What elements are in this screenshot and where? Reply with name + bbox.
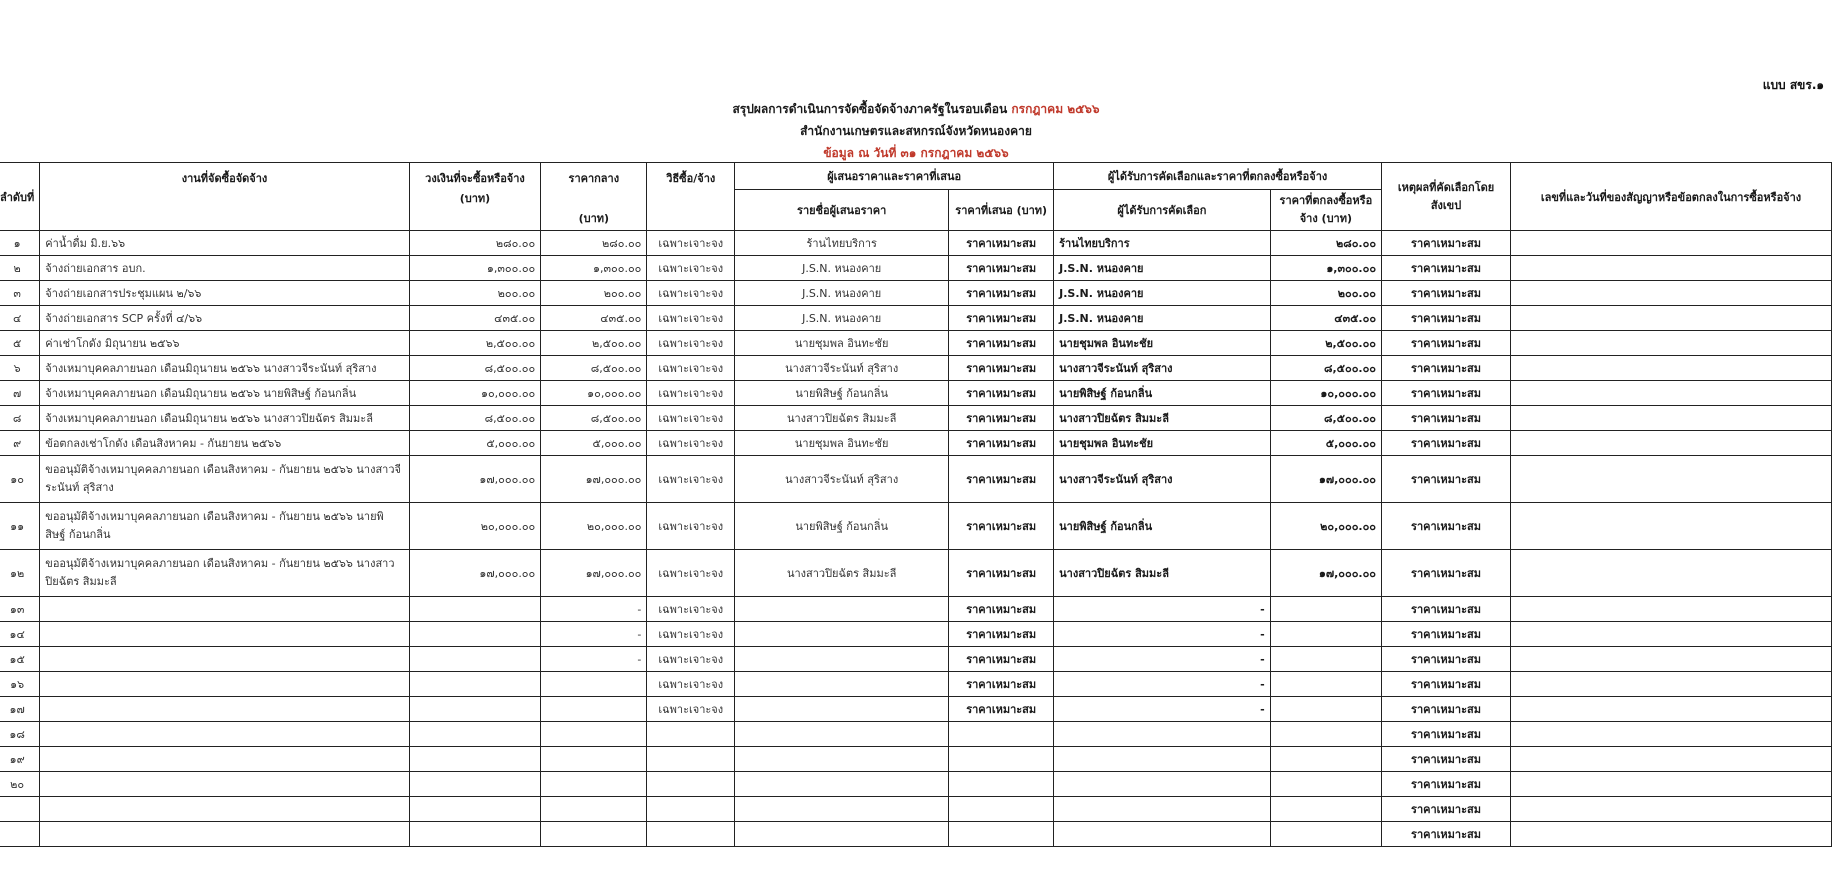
- cell-winner: J.S.N. หนองคาย: [1054, 256, 1271, 281]
- cell-bidder: นายพิสิษฐ์ ก้อนกลิ่น: [735, 381, 949, 406]
- title-line-3: ข้อมูล ณ วันที่ ๓๑ กรกฎาคม ๒๕๖๖: [0, 142, 1832, 164]
- cell-method: เฉพาะเจาะจง: [647, 622, 735, 647]
- cell-budget: ๒๐,๐๐๐.๐๐: [409, 503, 541, 550]
- cell-work: จ้างเหมาบุคคลภายนอก เดือนมิถุนายน ๒๕๖๖ น…: [40, 356, 409, 381]
- cell-no: ๓: [0, 281, 40, 306]
- cell-contract: [1511, 672, 1832, 697]
- cell-bidder: [735, 647, 949, 672]
- cell-winner: นางสาวจีระนันท์ สุริสาง: [1054, 356, 1271, 381]
- cell-bid-price: ราคาเหมาะสม: [949, 406, 1054, 431]
- table-row: ๑๒ขออนุมัติจ้างเหมาบุคคลภายนอก เดือนสิงห…: [0, 550, 1832, 597]
- cell-method: [647, 747, 735, 772]
- cell-work: ขออนุมัติจ้างเหมาบุคคลภายนอก เดือนสิงหาค…: [40, 456, 409, 503]
- cell-contract: [1511, 431, 1832, 456]
- cell-bid-price: [949, 822, 1054, 847]
- cell-median: -: [541, 647, 647, 672]
- table-row: ๑๑ขออนุมัติจ้างเหมาบุคคลภายนอก เดือนสิงห…: [0, 503, 1832, 550]
- cell-winner: นายพิสิษฐ์ ก้อนกลิ่น: [1054, 503, 1271, 550]
- header-bidder-name: รายชื่อผู้เสนอราคา: [735, 190, 949, 231]
- cell-median: ๒๐๐.๐๐: [541, 281, 647, 306]
- cell-method: เฉพาะเจาะจง: [647, 281, 735, 306]
- cell-method: เฉพาะเจาะจง: [647, 331, 735, 356]
- table-row: ๑๕-เฉพาะเจาะจงราคาเหมาะสม-ราคาเหมาะสม: [0, 647, 1832, 672]
- cell-reason: ราคาเหมาะสม: [1382, 597, 1511, 622]
- cell-budget: ๘,๕๐๐.๐๐: [409, 406, 541, 431]
- cell-work: [40, 822, 409, 847]
- cell-agreed: ๑๐,๐๐๐.๐๐: [1270, 381, 1381, 406]
- cell-contract: [1511, 722, 1832, 747]
- header-winner: ผู้ได้รับการคัดเลือก: [1054, 190, 1271, 231]
- cell-no: ๒: [0, 256, 40, 281]
- cell-reason: ราคาเหมาะสม: [1382, 647, 1511, 672]
- cell-work: [40, 697, 409, 722]
- cell-method: [647, 797, 735, 822]
- cell-bid-price: [949, 747, 1054, 772]
- cell-work: จ้างเหมาบุคคลภายนอก เดือนมิถุนายน ๒๕๖๖ น…: [40, 381, 409, 406]
- cell-budget: [409, 772, 541, 797]
- cell-method: เฉพาะเจาะจง: [647, 503, 735, 550]
- cell-median: [541, 772, 647, 797]
- cell-winner: ร้านไทยบริการ: [1054, 231, 1271, 256]
- cell-method: เฉพาะเจาะจง: [647, 431, 735, 456]
- cell-contract: [1511, 550, 1832, 597]
- cell-median: ๒,๕๐๐.๐๐: [541, 331, 647, 356]
- cell-method: เฉพาะเจาะจง: [647, 256, 735, 281]
- cell-median: [541, 747, 647, 772]
- cell-bidder: J.S.N. หนองคาย: [735, 256, 949, 281]
- cell-no: ๘: [0, 406, 40, 431]
- cell-bidder: [735, 722, 949, 747]
- cell-budget: [409, 622, 541, 647]
- cell-no: ๔: [0, 306, 40, 331]
- cell-no: ๑๖: [0, 672, 40, 697]
- header-median: ราคากลาง(บาท): [541, 163, 647, 231]
- table-row: ๒จ้างถ่ายเอกสาร อบก.๑,๓๐๐.๐๐๑,๓๐๐.๐๐เฉพา…: [0, 256, 1832, 281]
- procurement-table: ลำดับที่ งานที่จัดซื้อจัดจ้าง วงเงินที่จ…: [0, 162, 1832, 847]
- cell-winner: -: [1054, 647, 1271, 672]
- title-prefix: สรุปผลการดำเนินการจัดซื้อจัดจ้างภาครัฐใน…: [732, 102, 1011, 116]
- cell-median: [541, 797, 647, 822]
- cell-median: [541, 722, 647, 747]
- cell-no: ๑๓: [0, 597, 40, 622]
- cell-work: [40, 597, 409, 622]
- cell-contract: [1511, 331, 1832, 356]
- cell-median: ๒๘๐.๐๐: [541, 231, 647, 256]
- cell-no: ๙: [0, 431, 40, 456]
- cell-reason: ราคาเหมาะสม: [1382, 722, 1511, 747]
- cell-method: เฉพาะเจาะจง: [647, 647, 735, 672]
- cell-reason: ราคาเหมาะสม: [1382, 381, 1511, 406]
- cell-bid-price: ราคาเหมาะสม: [949, 331, 1054, 356]
- cell-work: ขออนุมัติจ้างเหมาบุคคลภายนอก เดือนสิงหาค…: [40, 550, 409, 597]
- cell-no: [0, 797, 40, 822]
- table-row: ๗จ้างเหมาบุคคลภายนอก เดือนมิถุนายน ๒๕๖๖ …: [0, 381, 1832, 406]
- cell-agreed: [1270, 647, 1381, 672]
- cell-bidder: นายชุมพล อินทะชัย: [735, 431, 949, 456]
- cell-contract: [1511, 356, 1832, 381]
- cell-bid-price: ราคาเหมาะสม: [949, 306, 1054, 331]
- cell-median: -: [541, 622, 647, 647]
- cell-contract: [1511, 406, 1832, 431]
- header-winner-group: ผู้ได้รับการคัดเลือกและราคาที่ตกลงซื้อหร…: [1054, 163, 1382, 190]
- cell-agreed: ๑๗,๐๐๐.๐๐: [1270, 456, 1381, 503]
- cell-reason: ราคาเหมาะสม: [1382, 331, 1511, 356]
- cell-method: เฉพาะเจาะจง: [647, 356, 735, 381]
- cell-reason: ราคาเหมาะสม: [1382, 697, 1511, 722]
- cell-method: เฉพาะเจาะจง: [647, 406, 735, 431]
- cell-bid-price: ราคาเหมาะสม: [949, 431, 1054, 456]
- header-contract: เลขที่และวันที่ของสัญญาหรือข้อตกลงในการซ…: [1511, 163, 1832, 231]
- cell-median: -: [541, 597, 647, 622]
- cell-bid-price: ราคาเหมาะสม: [949, 550, 1054, 597]
- cell-bidder: นางสาวจีระนันท์ สุริสาง: [735, 356, 949, 381]
- cell-contract: [1511, 622, 1832, 647]
- table-row: ๘จ้างเหมาบุคคลภายนอก เดือนมิถุนายน ๒๕๖๖ …: [0, 406, 1832, 431]
- cell-bidder: [735, 697, 949, 722]
- cell-winner: นางสาวปิยฉัตร สิมมะลี: [1054, 406, 1271, 431]
- cell-bid-price: ราคาเหมาะสม: [949, 256, 1054, 281]
- cell-budget: [409, 597, 541, 622]
- cell-no: ๑๔: [0, 622, 40, 647]
- cell-winner: -: [1054, 597, 1271, 622]
- header-method: วิธีซื้อ/จ้าง: [647, 163, 735, 231]
- cell-median: ๑๗,๐๐๐.๐๐: [541, 550, 647, 597]
- cell-bid-price: ราคาเหมาะสม: [949, 456, 1054, 503]
- cell-agreed: ๒๐,๐๐๐.๐๐: [1270, 503, 1381, 550]
- table-row: ๑๙ราคาเหมาะสม: [0, 747, 1832, 772]
- cell-median: ๘,๕๐๐.๐๐: [541, 406, 647, 431]
- cell-work: [40, 722, 409, 747]
- cell-work: [40, 647, 409, 672]
- cell-work: ขออนุมัติจ้างเหมาบุคคลภายนอก เดือนสิงหาค…: [40, 503, 409, 550]
- cell-budget: ๑๐,๐๐๐.๐๐: [409, 381, 541, 406]
- cell-reason: ราคาเหมาะสม: [1382, 456, 1511, 503]
- cell-reason: ราคาเหมาะสม: [1382, 231, 1511, 256]
- cell-no: ๗: [0, 381, 40, 406]
- table-row: ๖จ้างเหมาบุคคลภายนอก เดือนมิถุนายน ๒๕๖๖ …: [0, 356, 1832, 381]
- cell-winner: [1054, 797, 1271, 822]
- cell-work: [40, 672, 409, 697]
- cell-winner: [1054, 772, 1271, 797]
- cell-winner: นายชุมพล อินทะชัย: [1054, 431, 1271, 456]
- cell-work: [40, 622, 409, 647]
- header-agreed-price: ราคาที่ตกลงซื้อหรือจ้าง (บาท): [1270, 190, 1381, 231]
- cell-median: ๑๐,๐๐๐.๐๐: [541, 381, 647, 406]
- cell-reason: ราคาเหมาะสม: [1382, 256, 1511, 281]
- cell-no: ๖: [0, 356, 40, 381]
- table-row: ๔จ้างถ่ายเอกสาร SCP ครั้งที่ ๔/๖๖๔๓๕.๐๐๔…: [0, 306, 1832, 331]
- cell-no: ๑๕: [0, 647, 40, 672]
- cell-bid-price: [949, 797, 1054, 822]
- cell-agreed: ๘,๕๐๐.๐๐: [1270, 406, 1381, 431]
- cell-agreed: ๒๘๐.๐๐: [1270, 231, 1381, 256]
- cell-budget: [409, 797, 541, 822]
- table-row: ๑ค่าน้ำดื่ม มิ.ย.๖๖๒๘๐.๐๐๒๘๐.๐๐เฉพาะเจาะ…: [0, 231, 1832, 256]
- cell-agreed: ๑,๓๐๐.๐๐: [1270, 256, 1381, 281]
- procurement-table-wrap: ลำดับที่ งานที่จัดซื้อจัดจ้าง วงเงินที่จ…: [0, 162, 1832, 847]
- cell-budget: ๒๐๐.๐๐: [409, 281, 541, 306]
- cell-bidder: [735, 672, 949, 697]
- cell-contract: [1511, 281, 1832, 306]
- table-row: ๑๔-เฉพาะเจาะจงราคาเหมาะสม-ราคาเหมาะสม: [0, 622, 1832, 647]
- cell-bidder: [735, 822, 949, 847]
- cell-bid-price: ราคาเหมาะสม: [949, 503, 1054, 550]
- cell-budget: ๒,๕๐๐.๐๐: [409, 331, 541, 356]
- cell-contract: [1511, 306, 1832, 331]
- cell-winner: [1054, 747, 1271, 772]
- cell-work: [40, 797, 409, 822]
- cell-winner: J.S.N. หนองคาย: [1054, 306, 1271, 331]
- cell-contract: [1511, 772, 1832, 797]
- cell-method: เฉพาะเจาะจง: [647, 306, 735, 331]
- cell-work: ค่าเช่าโกดัง มิถุนายน ๒๕๖๖: [40, 331, 409, 356]
- header-bid-price: ราคาที่เสนอ (บาท): [949, 190, 1054, 231]
- cell-reason: ราคาเหมาะสม: [1382, 281, 1511, 306]
- cell-bidder: [735, 622, 949, 647]
- cell-method: เฉพาะเจาะจง: [647, 597, 735, 622]
- cell-bidder: [735, 797, 949, 822]
- title-month: กรกฎาคม ๒๕๖๖: [1011, 102, 1099, 116]
- table-row: ราคาเหมาะสม: [0, 822, 1832, 847]
- cell-budget: [409, 647, 541, 672]
- cell-no: ๑๗: [0, 697, 40, 722]
- cell-winner: -: [1054, 697, 1271, 722]
- cell-bidder: นายพิสิษฐ์ ก้อนกลิ่น: [735, 503, 949, 550]
- cell-bidder: J.S.N. หนองคาย: [735, 306, 949, 331]
- table-row: ๑๘ราคาเหมาะสม: [0, 722, 1832, 747]
- cell-work: [40, 747, 409, 772]
- table-row: ๓จ้างถ่ายเอกสารประชุมแผน ๒/๖๖๒๐๐.๐๐๒๐๐.๐…: [0, 281, 1832, 306]
- cell-contract: [1511, 747, 1832, 772]
- title-line-1: สรุปผลการดำเนินการจัดซื้อจัดจ้างภาครัฐใน…: [0, 98, 1832, 120]
- cell-contract: [1511, 647, 1832, 672]
- cell-work: จ้างถ่ายเอกสาร อบก.: [40, 256, 409, 281]
- document-title: สรุปผลการดำเนินการจัดซื้อจัดจ้างภาครัฐใน…: [0, 98, 1832, 164]
- cell-agreed: ๒,๕๐๐.๐๐: [1270, 331, 1381, 356]
- cell-reason: ราคาเหมาะสม: [1382, 822, 1511, 847]
- cell-work: ค่าน้ำดื่ม มิ.ย.๖๖: [40, 231, 409, 256]
- cell-budget: [409, 822, 541, 847]
- cell-method: [647, 722, 735, 747]
- cell-bid-price: ราคาเหมาะสม: [949, 672, 1054, 697]
- table-row: ๙ข้อตกลงเช่าโกดัง เดือนสิงหาคม - กันยายน…: [0, 431, 1832, 456]
- cell-contract: [1511, 822, 1832, 847]
- title-line-2: สำนักงานเกษตรและสหกรณ์จังหวัดหนองคาย: [0, 120, 1832, 142]
- cell-agreed: [1270, 597, 1381, 622]
- cell-agreed: [1270, 622, 1381, 647]
- cell-reason: ราคาเหมาะสม: [1382, 797, 1511, 822]
- cell-method: เฉพาะเจาะจง: [647, 231, 735, 256]
- cell-budget: [409, 747, 541, 772]
- cell-agreed: ๕,๐๐๐.๐๐: [1270, 431, 1381, 456]
- table-row: ๒๐ราคาเหมาะสม: [0, 772, 1832, 797]
- cell-contract: [1511, 797, 1832, 822]
- cell-contract: [1511, 256, 1832, 281]
- cell-method: [647, 822, 735, 847]
- cell-median: ๒๐,๐๐๐.๐๐: [541, 503, 647, 550]
- cell-budget: ๔๓๕.๐๐: [409, 306, 541, 331]
- cell-no: ๑๒: [0, 550, 40, 597]
- cell-winner: [1054, 722, 1271, 747]
- cell-agreed: ๑๗,๐๐๐.๐๐: [1270, 550, 1381, 597]
- cell-budget: ๒๘๐.๐๐: [409, 231, 541, 256]
- cell-winner: นายพิสิษฐ์ ก้อนกลิ่น: [1054, 381, 1271, 406]
- cell-budget: [409, 722, 541, 747]
- cell-reason: ราคาเหมาะสม: [1382, 772, 1511, 797]
- cell-winner: J.S.N. หนองคาย: [1054, 281, 1271, 306]
- cell-median: [541, 822, 647, 847]
- cell-winner: -: [1054, 622, 1271, 647]
- table-row: ๑๗เฉพาะเจาะจงราคาเหมาะสม-ราคาเหมาะสม: [0, 697, 1832, 722]
- cell-budget: ๑๗,๐๐๐.๐๐: [409, 456, 541, 503]
- cell-work: ข้อตกลงเช่าโกดัง เดือนสิงหาคม - กันยายน …: [40, 431, 409, 456]
- cell-agreed: [1270, 822, 1381, 847]
- cell-agreed: ๒๐๐.๐๐: [1270, 281, 1381, 306]
- cell-bid-price: [949, 722, 1054, 747]
- cell-bidder: ร้านไทยบริการ: [735, 231, 949, 256]
- cell-no: ๑: [0, 231, 40, 256]
- table-row: ๑๐ขออนุมัติจ้างเหมาบุคคลภายนอก เดือนสิงห…: [0, 456, 1832, 503]
- cell-no: ๑๐: [0, 456, 40, 503]
- cell-no: [0, 822, 40, 847]
- header-budget: วงเงินที่จะซื้อหรือจ้าง(บาท): [409, 163, 541, 231]
- cell-bid-price: ราคาเหมาะสม: [949, 231, 1054, 256]
- cell-budget: [409, 697, 541, 722]
- cell-median: ๑๗,๐๐๐.๐๐: [541, 456, 647, 503]
- cell-median: ๘,๕๐๐.๐๐: [541, 356, 647, 381]
- header-reason: เหตุผลที่คัดเลือกโดยสังเขป: [1382, 163, 1511, 231]
- cell-contract: [1511, 381, 1832, 406]
- cell-work: จ้างถ่ายเอกสารประชุมแผน ๒/๖๖: [40, 281, 409, 306]
- cell-method: เฉพาะเจาะจง: [647, 672, 735, 697]
- cell-method: [647, 772, 735, 797]
- cell-method: เฉพาะเจาะจง: [647, 456, 735, 503]
- cell-bid-price: ราคาเหมาะสม: [949, 622, 1054, 647]
- header-bidders-group: ผู้เสนอราคาและราคาที่เสนอ: [735, 163, 1054, 190]
- cell-median: [541, 672, 647, 697]
- form-code: แบบ สขร.๑: [1763, 76, 1824, 95]
- cell-contract: [1511, 697, 1832, 722]
- cell-median: ๕,๐๐๐.๐๐: [541, 431, 647, 456]
- cell-contract: [1511, 231, 1832, 256]
- cell-agreed: ๔๓๕.๐๐: [1270, 306, 1381, 331]
- cell-bidder: นางสาวจีระนันท์ สุริสาง: [735, 456, 949, 503]
- cell-winner: นายชุมพล อินทะชัย: [1054, 331, 1271, 356]
- cell-contract: [1511, 456, 1832, 503]
- table-row: ๕ค่าเช่าโกดัง มิถุนายน ๒๕๖๖๒,๕๐๐.๐๐๒,๕๐๐…: [0, 331, 1832, 356]
- cell-winner: -: [1054, 672, 1271, 697]
- cell-reason: ราคาเหมาะสม: [1382, 747, 1511, 772]
- cell-work: จ้างถ่ายเอกสาร SCP ครั้งที่ ๔/๖๖: [40, 306, 409, 331]
- cell-budget: [409, 672, 541, 697]
- cell-contract: [1511, 503, 1832, 550]
- header-work: งานที่จัดซื้อจัดจ้าง: [40, 163, 409, 231]
- cell-no: ๑๑: [0, 503, 40, 550]
- cell-bid-price: ราคาเหมาะสม: [949, 697, 1054, 722]
- cell-median: [541, 697, 647, 722]
- cell-reason: ราคาเหมาะสม: [1382, 503, 1511, 550]
- cell-agreed: [1270, 722, 1381, 747]
- cell-bidder: นางสาวปิยฉัตร สิมมะลี: [735, 550, 949, 597]
- cell-reason: ราคาเหมาะสม: [1382, 550, 1511, 597]
- cell-agreed: [1270, 797, 1381, 822]
- cell-winner: นางสาวปิยฉัตร สิมมะลี: [1054, 550, 1271, 597]
- header-no: ลำดับที่: [0, 163, 40, 231]
- table-row: ราคาเหมาะสม: [0, 797, 1832, 822]
- cell-work: จ้างเหมาบุคคลภายนอก เดือนมิถุนายน ๒๕๖๖ น…: [40, 406, 409, 431]
- cell-bidder: [735, 747, 949, 772]
- cell-reason: ราคาเหมาะสม: [1382, 622, 1511, 647]
- cell-agreed: [1270, 672, 1381, 697]
- cell-bidder: J.S.N. หนองคาย: [735, 281, 949, 306]
- cell-bidder: นายชุมพล อินทะชัย: [735, 331, 949, 356]
- cell-budget: ๑,๓๐๐.๐๐: [409, 256, 541, 281]
- cell-no: ๑๙: [0, 747, 40, 772]
- cell-agreed: [1270, 747, 1381, 772]
- cell-bidder: [735, 597, 949, 622]
- cell-budget: ๘,๕๐๐.๐๐: [409, 356, 541, 381]
- cell-reason: ราคาเหมาะสม: [1382, 672, 1511, 697]
- cell-no: ๕: [0, 331, 40, 356]
- cell-median: ๔๓๕.๐๐: [541, 306, 647, 331]
- table-row: ๑๖เฉพาะเจาะจงราคาเหมาะสม-ราคาเหมาะสม: [0, 672, 1832, 697]
- cell-winner: นางสาวจีระนันท์ สุริสาง: [1054, 456, 1271, 503]
- cell-work: [40, 772, 409, 797]
- table-row: ๑๓-เฉพาะเจาะจงราคาเหมาะสม-ราคาเหมาะสม: [0, 597, 1832, 622]
- cell-bid-price: ราคาเหมาะสม: [949, 597, 1054, 622]
- cell-bid-price: ราคาเหมาะสม: [949, 381, 1054, 406]
- cell-median: ๑,๓๐๐.๐๐: [541, 256, 647, 281]
- cell-bid-price: ราคาเหมาะสม: [949, 281, 1054, 306]
- table-body: ๑ค่าน้ำดื่ม มิ.ย.๖๖๒๘๐.๐๐๒๘๐.๐๐เฉพาะเจาะ…: [0, 231, 1832, 847]
- cell-bidder: นางสาวปิยฉัตร สิมมะลี: [735, 406, 949, 431]
- cell-contract: [1511, 597, 1832, 622]
- cell-reason: ราคาเหมาะสม: [1382, 356, 1511, 381]
- cell-no: ๑๘: [0, 722, 40, 747]
- cell-agreed: [1270, 697, 1381, 722]
- cell-agreed: ๘,๕๐๐.๐๐: [1270, 356, 1381, 381]
- cell-winner: [1054, 822, 1271, 847]
- cell-bidder: [735, 772, 949, 797]
- cell-bid-price: [949, 772, 1054, 797]
- cell-bid-price: ราคาเหมาะสม: [949, 647, 1054, 672]
- cell-method: เฉพาะเจาะจง: [647, 550, 735, 597]
- cell-budget: ๕,๐๐๐.๐๐: [409, 431, 541, 456]
- cell-no: ๒๐: [0, 772, 40, 797]
- cell-method: เฉพาะเจาะจง: [647, 697, 735, 722]
- cell-method: เฉพาะเจาะจง: [647, 381, 735, 406]
- cell-agreed: [1270, 772, 1381, 797]
- cell-budget: ๑๗,๐๐๐.๐๐: [409, 550, 541, 597]
- cell-reason: ราคาเหมาะสม: [1382, 306, 1511, 331]
- cell-reason: ราคาเหมาะสม: [1382, 431, 1511, 456]
- cell-bid-price: ราคาเหมาะสม: [949, 356, 1054, 381]
- cell-reason: ราคาเหมาะสม: [1382, 406, 1511, 431]
